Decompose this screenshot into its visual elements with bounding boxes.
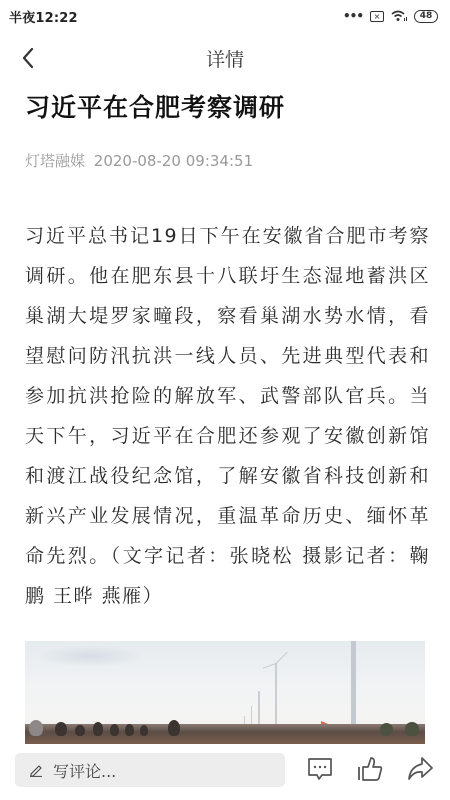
battery-indicator: 48 [414, 10, 438, 23]
image-turbine-blade [276, 652, 288, 664]
image-person [405, 722, 419, 736]
status-icons: ••• × 48 [343, 9, 438, 23]
nav-bar: 详情 [0, 36, 450, 80]
image-person [125, 724, 134, 736]
thumbs-up-icon[interactable] [356, 755, 384, 783]
image-person [93, 722, 103, 736]
more-dots-icon: ••• [343, 9, 363, 23]
status-time: 半夜12:22 [9, 7, 78, 26]
image-crowd [25, 724, 425, 744]
wifi-icon [391, 10, 407, 22]
image-cloud [35, 645, 145, 667]
sim-x-icon: × [370, 11, 384, 22]
image-person [168, 720, 180, 736]
article-source: 灯塔融媒 [25, 152, 85, 170]
page-title: 详情 [206, 45, 244, 72]
article-datetime: 2020-08-20 09:34:51 [94, 152, 253, 170]
comment-input[interactable]: 写评论... [15, 753, 285, 787]
share-arrow-icon[interactable] [406, 755, 434, 783]
article-meta: 灯塔融媒 2020-08-20 09:34:51 [25, 150, 253, 171]
article-title: 习近平在合肥考察调研 [25, 88, 285, 124]
image-tower [351, 641, 356, 733]
bottom-bar: 写评论... [0, 744, 450, 800]
article-body: 习近平总书记19日下午在安徽省合肥市考察调研。他在肥东县十八联圩生态湿地蓄洪区巢… [25, 216, 430, 616]
pencil-icon [29, 763, 43, 777]
comment-placeholder: 写评论... [53, 759, 116, 782]
image-person [55, 722, 67, 736]
image-person [380, 723, 393, 736]
image-person [110, 724, 119, 736]
image-person [29, 720, 43, 736]
image-person [75, 725, 85, 736]
article-image[interactable] [25, 641, 425, 744]
back-button[interactable] [14, 44, 42, 72]
image-person [140, 725, 148, 736]
chevron-left-icon [21, 47, 35, 69]
comment-bubble-icon[interactable] [306, 755, 334, 783]
status-bar: 半夜12:22 ••• × 48 [0, 0, 450, 32]
